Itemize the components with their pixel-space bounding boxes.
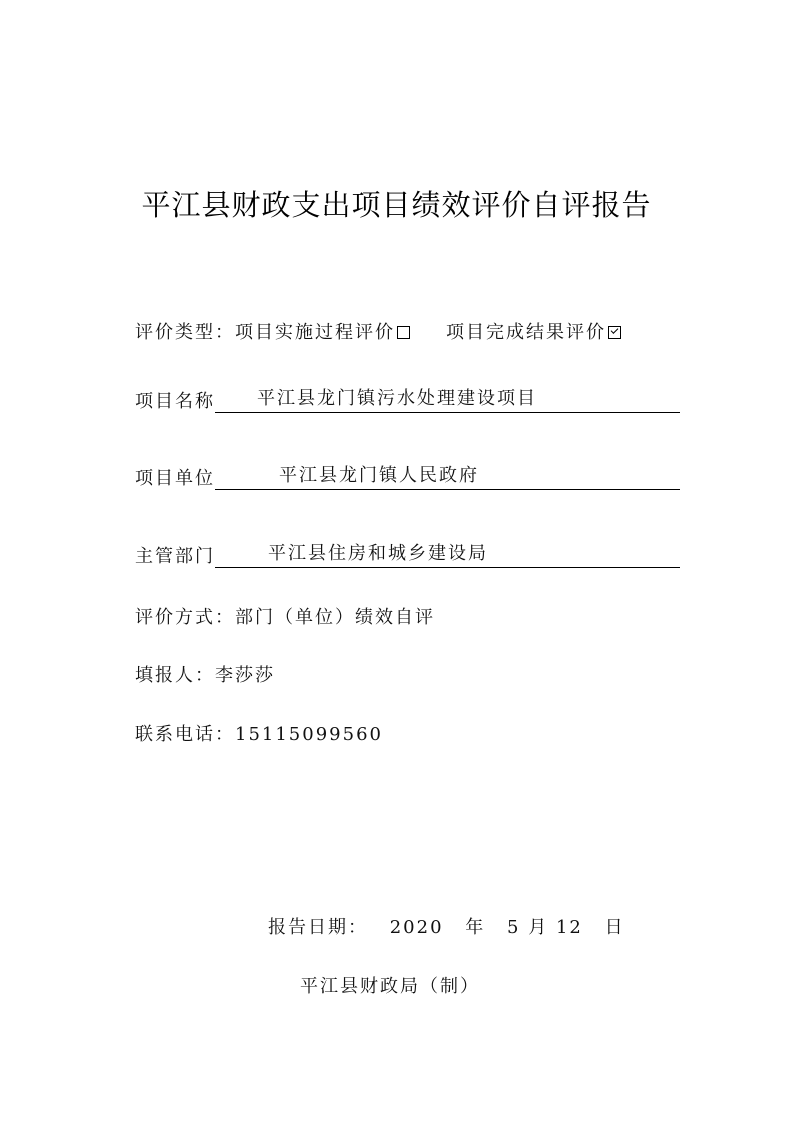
option-process-label: 项目实施过程评价 bbox=[235, 322, 395, 343]
competent-dept-line: 平江县住房和城乡建设局 bbox=[215, 544, 680, 568]
report-month-unit: 月 bbox=[528, 917, 548, 938]
project-name-line: 平江县龙门镇污水处理建设项目 bbox=[215, 389, 680, 413]
reporter-row: 填报人：李莎莎 bbox=[135, 661, 275, 687]
competent-dept-value: 平江县住房和城乡建设局 bbox=[268, 539, 488, 565]
project-unit-line: 平江县龙门镇人民政府 bbox=[215, 466, 680, 490]
project-unit-field: 项目单位 平江县龙门镇人民政府 bbox=[135, 464, 680, 490]
project-unit-value: 平江县龙门镇人民政府 bbox=[279, 461, 479, 487]
report-month: 5 bbox=[507, 917, 520, 938]
evaluation-method-value: 部门（单位）绩效自评 bbox=[235, 607, 435, 628]
evaluation-method-row: 评价方式：部门（单位）绩效自评 bbox=[135, 603, 435, 629]
process-evaluation-checkbox[interactable] bbox=[397, 326, 410, 339]
report-date-row: 报告日期： 2020 年 5 月 12 日 bbox=[268, 913, 625, 939]
competent-dept-label: 主管部门 bbox=[135, 542, 215, 568]
report-date-label: 报告日期： bbox=[268, 917, 368, 938]
evaluation-method-label: 评价方式： bbox=[135, 607, 235, 628]
report-year-unit: 年 bbox=[465, 917, 485, 938]
reporter-value: 李莎莎 bbox=[215, 665, 275, 686]
project-name-field: 项目名称 平江县龙门镇污水处理建设项目 bbox=[135, 387, 680, 413]
phone-value: 15115099560 bbox=[235, 724, 383, 745]
project-unit-label: 项目单位 bbox=[135, 464, 215, 490]
evaluation-type-row: 评价类型：项目实施过程评价项目完成结果评价 bbox=[135, 318, 621, 344]
option-result-label: 项目完成结果评价 bbox=[446, 322, 606, 343]
competent-dept-field: 主管部门 平江县住房和城乡建设局 bbox=[135, 542, 680, 568]
issuer: 平江县财政局（制） bbox=[300, 972, 480, 998]
document-title: 平江县财政支出项目绩效评价自评报告 bbox=[0, 183, 793, 224]
phone-row: 联系电话：15115099560 bbox=[135, 720, 383, 746]
phone-label: 联系电话： bbox=[135, 724, 235, 745]
report-year: 2020 bbox=[390, 917, 444, 938]
result-evaluation-checkbox[interactable] bbox=[608, 326, 621, 339]
project-name-value: 平江县龙门镇污水处理建设项目 bbox=[257, 384, 537, 410]
project-name-label: 项目名称 bbox=[135, 387, 215, 413]
report-day: 12 bbox=[556, 917, 583, 938]
report-day-unit: 日 bbox=[605, 917, 625, 938]
evaluation-type-label: 评价类型： bbox=[135, 322, 235, 343]
reporter-label: 填报人： bbox=[135, 665, 215, 686]
